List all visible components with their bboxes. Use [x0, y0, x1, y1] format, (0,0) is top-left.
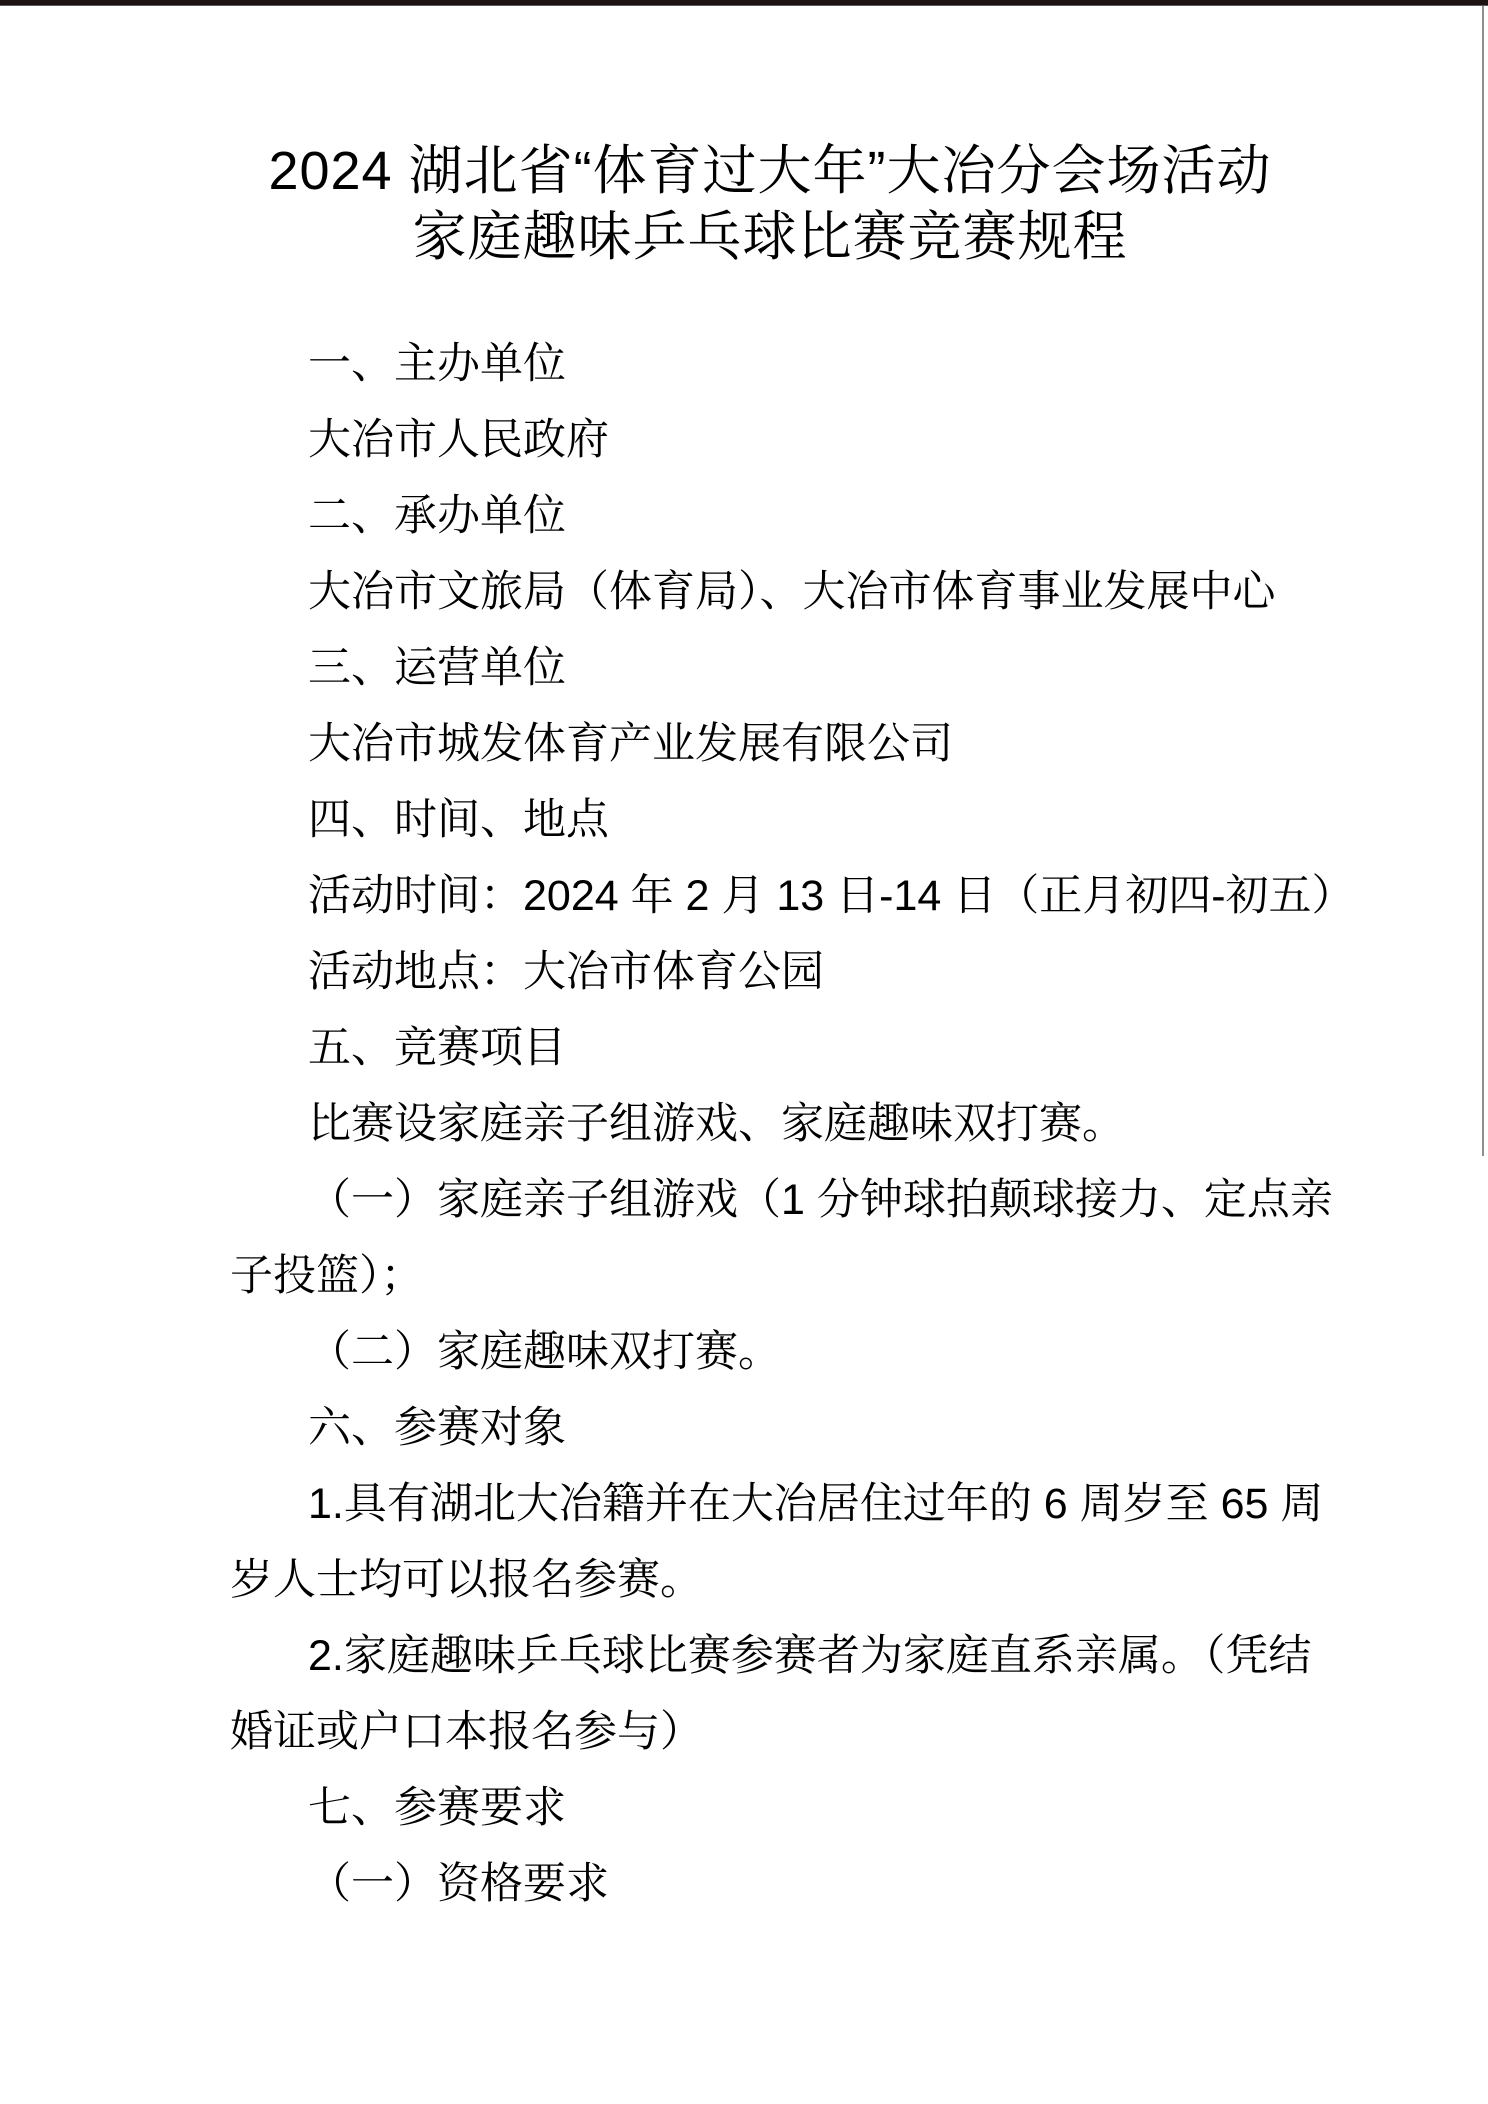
title-line-2: 家庭趣味乒乓球比赛竞赛规程	[230, 204, 1310, 270]
section-heading-5: 五、竞赛项目	[230, 1010, 1310, 1086]
section-heading-7: 七、参赛要求	[230, 1770, 1310, 1846]
section-heading-4: 四、时间、地点	[230, 782, 1310, 858]
paragraph-events-overview: 比赛设家庭亲子组游戏、家庭趣味双打赛。	[230, 1086, 1310, 1162]
section-heading-6: 六、参赛对象	[230, 1390, 1310, 1466]
paragraph-eligibility-1-line-1: 1.具有湖北大冶籍并在大冶居住过年的 6 周岁至 65 周	[230, 1466, 1310, 1542]
window-top-edge	[0, 0, 1488, 6]
paragraph-eligibility-2-line-1: 2.家庭趣味乒乓球比赛参赛者为家庭直系亲属。（凭结	[230, 1618, 1310, 1694]
title-line-1: 2024 湖北省“体育过大年”大冶分会场活动	[230, 138, 1310, 204]
document-title: 2024 湖北省“体育过大年”大冶分会场活动 家庭趣味乒乓球比赛竞赛规程	[230, 138, 1310, 270]
paragraph-event-item-1-line-2: 子投篮）；	[230, 1238, 1310, 1314]
section-heading-2: 二、承办单位	[230, 478, 1310, 554]
paragraph-undertaker: 大冶市文旅局（体育局）、大冶市体育事业发展中心	[230, 554, 1310, 630]
document-body: 一、主办单位 大冶市人民政府 二、承办单位 大冶市文旅局（体育局）、大冶市体育事…	[230, 326, 1310, 1922]
document-content: 2024 湖北省“体育过大年”大冶分会场活动 家庭趣味乒乓球比赛竞赛规程 一、主…	[230, 138, 1310, 1922]
section-heading-1: 一、主办单位	[230, 326, 1310, 402]
document-page: 2024 湖北省“体育过大年”大冶分会场活动 家庭趣味乒乓球比赛竞赛规程 一、主…	[0, 0, 1488, 2104]
paragraph-event-item-1-line-1: （一）家庭亲子组游戏（1 分钟球拍颠球接力、定点亲	[230, 1162, 1310, 1238]
paragraph-organizer: 大冶市人民政府	[230, 402, 1310, 478]
paragraph-eligibility-2-line-2: 婚证或户口本报名参与）	[230, 1694, 1310, 1770]
paragraph-operator: 大冶市城发体育产业发展有限公司	[230, 706, 1310, 782]
paragraph-event-time: 活动时间：2024 年 2 月 13 日-14 日（正月初四-初五）	[230, 858, 1310, 934]
paragraph-event-item-2: （二）家庭趣味双打赛。	[230, 1314, 1310, 1390]
paragraph-event-place: 活动地点：大冶市体育公园	[230, 934, 1310, 1010]
scrollbar[interactable]	[1482, 6, 1484, 1156]
paragraph-eligibility-1-line-2: 岁人士均可以报名参赛。	[230, 1542, 1310, 1618]
paragraph-qualification-heading: （一）资格要求	[230, 1846, 1310, 1922]
section-heading-3: 三、运营单位	[230, 630, 1310, 706]
